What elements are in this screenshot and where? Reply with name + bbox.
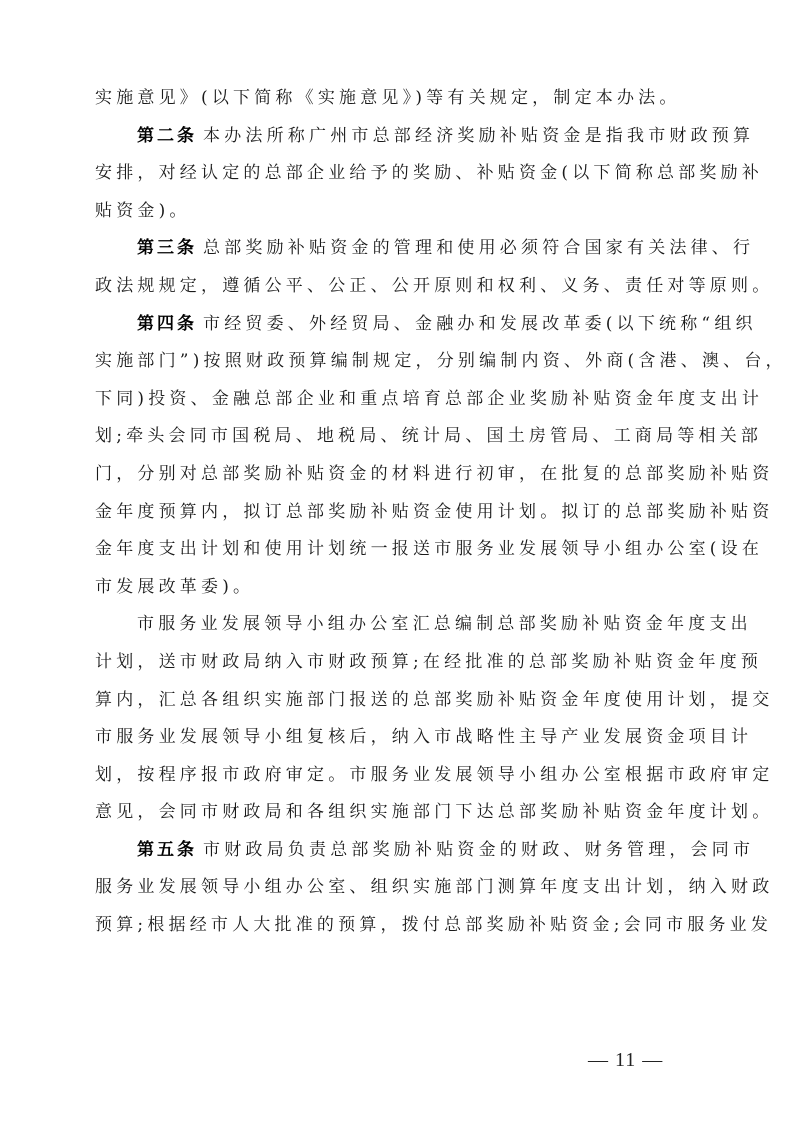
line-text: 意见，会同市财政局和各组织实施部门下达总部奖励补贴资金年度计划。	[95, 802, 773, 822]
line-text: 划，按程序报市政府审定。市服务业发展领导小组办公室根据市政府审定	[95, 765, 773, 785]
line-text: 算内，汇总各组织实施部门报送的总部奖励补贴资金年度使用计划，提交	[95, 690, 773, 710]
article-label: 第二条	[137, 126, 197, 146]
line-text: 实施意见》(以下简称《实施意见》)等有关规定，制定本办法。	[95, 88, 681, 108]
line-text: 市发展改革委)。	[95, 577, 254, 597]
text-line: 预算;根据经市人大批准的预算，拨付总部奖励补贴资金;会同市服务业发	[95, 907, 695, 945]
text-line: 第三条总部奖励补贴资金的管理和使用必须符合国家有关法律、行	[95, 230, 695, 268]
text-line: 第四条市经贸委、外经贸局、金融办和发展改革委(以下统称“组织	[95, 306, 695, 344]
line-text: 市财政局负责总部奖励补贴资金的财政、财务管理，会同市	[203, 840, 754, 860]
text-line: 金年度支出计划和使用计划统一报送市服务业发展领导小组办公室(设在	[95, 531, 695, 569]
article-label: 第五条	[137, 840, 197, 860]
text-line: 服务业发展领导小组办公室、组织实施部门测算年度支出计划，纳入财政	[95, 869, 695, 907]
page-number: — 11 —	[588, 1049, 663, 1072]
text-line: 计划，送市财政局纳入市财政预算;在经批准的总部奖励补贴资金年度预	[95, 644, 695, 682]
line-text: 金年度支出计划和使用计划统一报送市服务业发展领导小组办公室(设在	[95, 539, 763, 559]
text-line: 下同)投资、金融总部企业和重点培育总部企业奖励补贴资金年度支出计	[95, 381, 695, 419]
line-text: 政法规规定，遵循公平、公正、公开原则和权利、义务、责任对等原则。	[95, 276, 773, 296]
line-text: 实施部门”)按照财政预算编制规定，分别编制内资、外商(含港、澳、台，	[95, 351, 787, 371]
text-line: 金年度预算内，拟订总部奖励补贴资金使用计划。拟订的总部奖励补贴资	[95, 494, 695, 532]
line-text: 门，分别对总部奖励补贴资金的材料进行初审，在批复的总部奖励补贴资	[95, 464, 773, 484]
text-line: 第五条市财政局负责总部奖励补贴资金的财政、财务管理，会同市	[95, 832, 695, 870]
text-line: 市服务业发展领导小组复核后，纳入市战略性主导产业发展资金项目计	[95, 719, 695, 757]
text-line: 实施意见》(以下简称《实施意见》)等有关规定，制定本办法。	[95, 80, 695, 118]
line-text: 划;牵头会同市国税局、地税局、统计局、国土房管局、工商局等相关部	[95, 426, 762, 446]
text-line: 门，分别对总部奖励补贴资金的材料进行初审，在批复的总部奖励补贴资	[95, 456, 695, 494]
document-page: 实施意见》(以下简称《实施意见》)等有关规定，制定本办法。第二条本办法所称广州市…	[0, 0, 794, 1123]
text-line: 意见，会同市财政局和各组织实施部门下达总部奖励补贴资金年度计划。	[95, 794, 695, 832]
line-text: 市服务业发展领导小组办公室汇总编制总部奖励补贴资金年度支出	[137, 614, 752, 634]
line-text: 总部奖励补贴资金的管理和使用必须符合国家有关法律、行	[203, 238, 754, 258]
text-line: 市发展改革委)。	[95, 569, 695, 607]
text-line: 贴资金)。	[95, 193, 695, 231]
text-line: 政法规规定，遵循公平、公正、公开原则和权利、义务、责任对等原则。	[95, 268, 695, 306]
text-line: 划，按程序报市政府审定。市服务业发展领导小组办公室根据市政府审定	[95, 757, 695, 795]
line-text: 金年度预算内，拟订总部奖励补贴资金使用计划。拟订的总部奖励补贴资	[95, 502, 773, 522]
text-line: 算内，汇总各组织实施部门报送的总部奖励补贴资金年度使用计划，提交	[95, 682, 695, 720]
line-text: 预算;根据经市人大批准的预算，拨付总部奖励补贴资金;会同市服务业发	[95, 915, 772, 935]
article-label: 第三条	[137, 238, 197, 258]
text-line: 第二条本办法所称广州市总部经济奖励补贴资金是指我市财政预算	[95, 118, 695, 156]
line-text: 服务业发展领导小组办公室、组织实施部门测算年度支出计划，纳入财政	[95, 877, 773, 897]
line-text: 贴资金)。	[95, 201, 191, 221]
line-text: 下同)投资、金融总部企业和重点培育总部企业奖励补贴资金年度支出计	[95, 389, 763, 409]
text-line: 划;牵头会同市国税局、地税局、统计局、国土房管局、工商局等相关部	[95, 418, 695, 456]
line-text: 计划，送市财政局纳入市财政预算;在经批准的总部奖励补贴资金年度预	[95, 652, 762, 672]
text-line: 安排，对经认定的总部企业给予的奖励、补贴资金(以下简称总部奖励补	[95, 155, 695, 193]
text-line: 实施部门”)按照财政预算编制规定，分别编制内资、外商(含港、澳、台，	[95, 343, 695, 381]
line-text: 市服务业发展领导小组复核后，纳入市战略性主导产业发展资金项目计	[95, 727, 752, 747]
document-body: 实施意见》(以下简称《实施意见》)等有关规定，制定本办法。第二条本办法所称广州市…	[95, 80, 695, 945]
line-text: 本办法所称广州市总部经济奖励补贴资金是指我市财政预算	[203, 126, 754, 146]
text-line: 市服务业发展领导小组办公室汇总编制总部奖励补贴资金年度支出	[95, 606, 695, 644]
line-text: 安排，对经认定的总部企业给予的奖励、补贴资金(以下简称总部奖励补	[95, 163, 763, 183]
line-text: 市经贸委、外经贸局、金融办和发展改革委(以下统称“组织	[203, 314, 757, 334]
article-label: 第四条	[137, 314, 197, 334]
